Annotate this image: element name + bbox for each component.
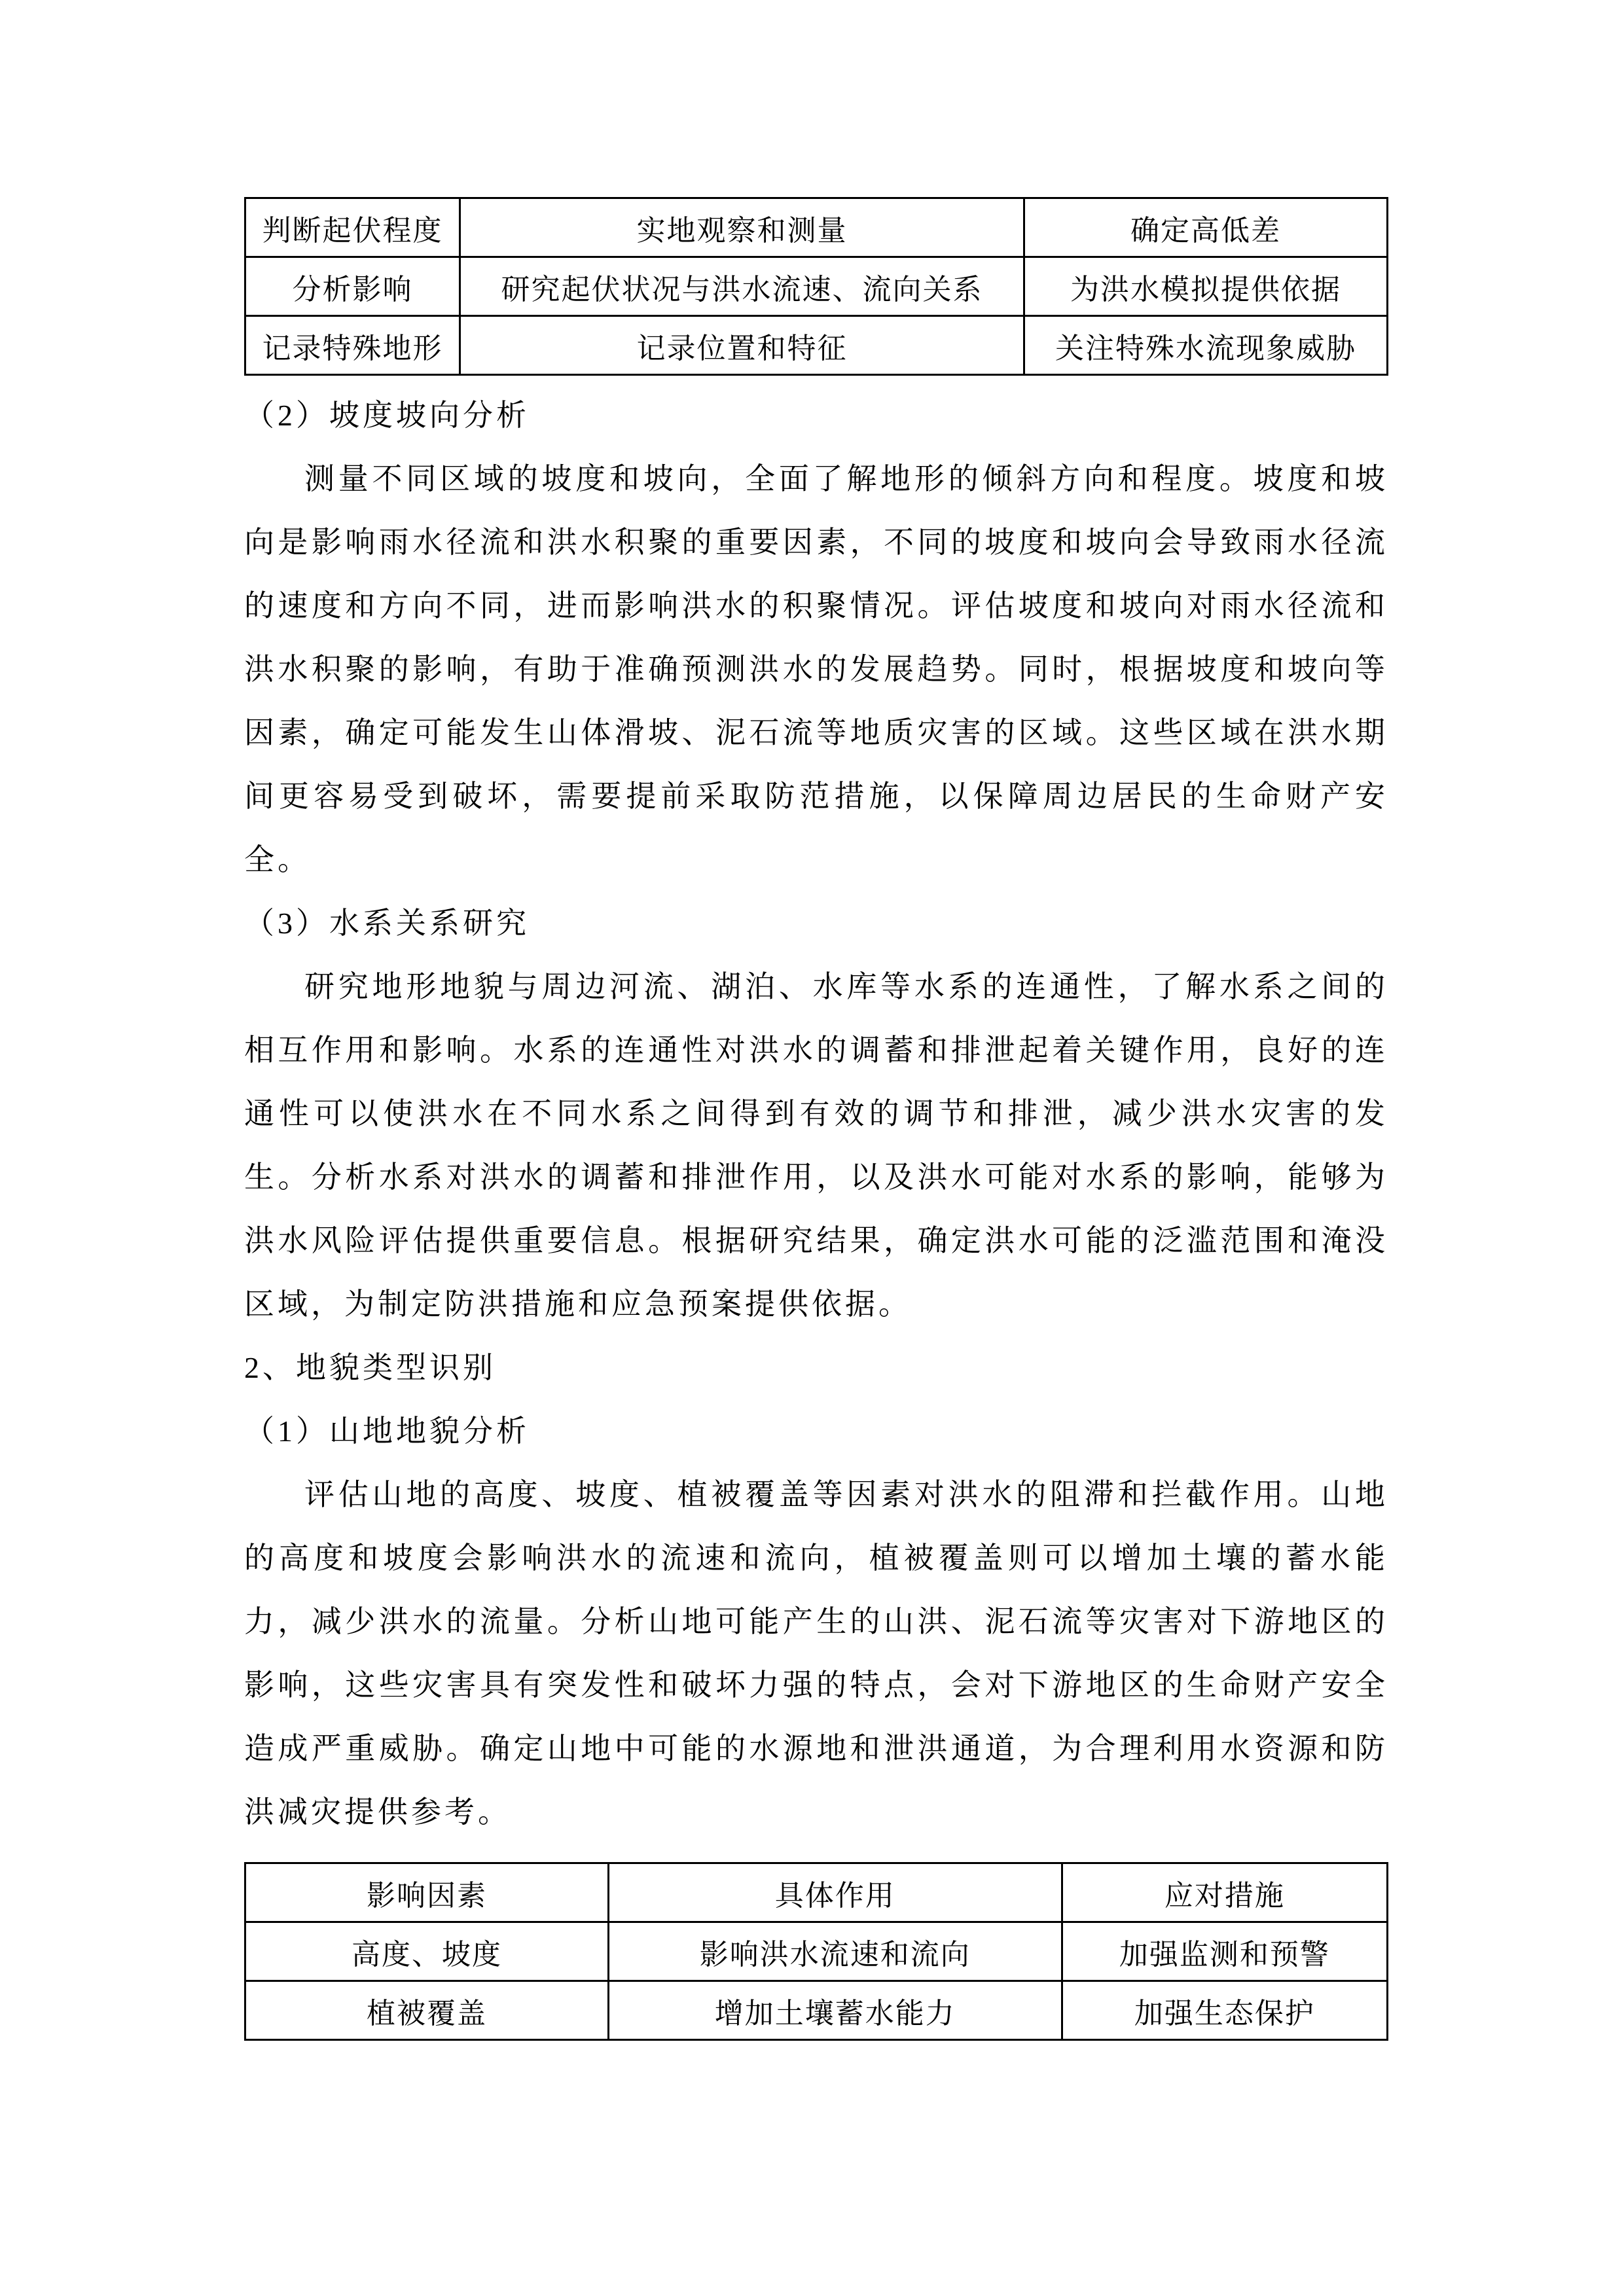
section-heading-water-system: （3）水系关系研究 <box>244 891 1388 955</box>
terrain-observation-table: 判断起伏程度 实地观察和测量 确定高低差 分析影响 研究起伏状况与洪水流速、流向… <box>244 197 1388 376</box>
table-row: 植被覆盖 增加土壤蓄水能力 加强生态保护 <box>245 1981 1388 2040</box>
table-cell: 植被覆盖 <box>245 1981 609 2040</box>
table-cell: 影响洪水流速和流向 <box>608 1922 1062 1981</box>
table-cell: 为洪水模拟提供依据 <box>1024 257 1388 316</box>
table-cell: 加强生态保护 <box>1062 1981 1387 2040</box>
table-row: 分析影响 研究起伏状况与洪水流速、流向关系 为洪水模拟提供依据 <box>245 257 1388 316</box>
mountain-factors-table: 影响因素 具体作用 应对措施 高度、坡度 影响洪水流速和流向 加强监测和预警 植… <box>244 1862 1388 2041</box>
document-content: 判断起伏程度 实地观察和测量 确定高低差 分析影响 研究起伏状况与洪水流速、流向… <box>244 197 1388 2041</box>
table-header-cell: 影响因素 <box>245 1863 609 1922</box>
table-cell: 实地观察和测量 <box>460 198 1024 257</box>
table-header-cell: 应对措施 <box>1062 1863 1387 1922</box>
section-heading-slope-aspect: （2）坡度坡向分析 <box>244 384 1388 447</box>
paragraph-mountain-landform: 评估山地的高度、坡度、植被覆盖等因素对洪水的阻滞和拦截作用。山地的高度和坡度会影… <box>244 1463 1388 1844</box>
table-cell: 加强监测和预警 <box>1062 1922 1387 1981</box>
table-cell: 研究起伏状况与洪水流速、流向关系 <box>460 257 1024 316</box>
table-cell: 高度、坡度 <box>245 1922 609 1981</box>
section-heading-landform-types: 2、地貌类型识别 <box>244 1336 1388 1399</box>
table-row: 判断起伏程度 实地观察和测量 确定高低差 <box>245 198 1388 257</box>
table-cell: 确定高低差 <box>1024 198 1388 257</box>
paragraph-slope-aspect: 测量不同区域的坡度和坡向，全面了解地形的倾斜方向和程度。坡度和坡向是影响雨水径流… <box>244 447 1388 891</box>
table-header-cell: 具体作用 <box>608 1863 1062 1922</box>
table-cell: 记录位置和特征 <box>460 316 1024 375</box>
paragraph-water-system: 研究地形地貌与周边河流、湖泊、水库等水系的连通性，了解水系之间的相互作用和影响。… <box>244 955 1388 1336</box>
table-cell: 增加土壤蓄水能力 <box>608 1981 1062 2040</box>
document-page: 判断起伏程度 实地观察和测量 确定高低差 分析影响 研究起伏状况与洪水流速、流向… <box>0 0 1624 2296</box>
table-cell: 判断起伏程度 <box>245 198 460 257</box>
section-heading-mountain-landform: （1）山地地貌分析 <box>244 1399 1388 1463</box>
table-cell: 记录特殊地形 <box>245 316 460 375</box>
table-row: 记录特殊地形 记录位置和特征 关注特殊水流现象威胁 <box>245 316 1388 375</box>
table-cell: 关注特殊水流现象威胁 <box>1024 316 1388 375</box>
table-row: 高度、坡度 影响洪水流速和流向 加强监测和预警 <box>245 1922 1388 1981</box>
table-header-row: 影响因素 具体作用 应对措施 <box>245 1863 1388 1922</box>
table-cell: 分析影响 <box>245 257 460 316</box>
